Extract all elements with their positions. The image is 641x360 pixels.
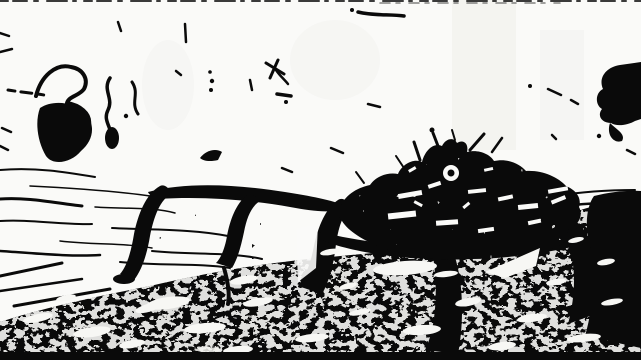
sky-speck: [277, 94, 291, 96]
sky-smudge: [452, 0, 516, 150]
sky-speck: [210, 79, 214, 83]
robot-foot: [113, 274, 135, 284]
right-rock-speck: [597, 134, 601, 138]
sky-speck: [284, 100, 288, 104]
sky-speck: [528, 84, 532, 88]
sky-smudge: [142, 40, 194, 130]
robot-photograph: High-contrast black-and-white photograph…: [0, 0, 641, 360]
photo-canvas: High-contrast black-and-white photograph…: [0, 0, 641, 360]
right-edge-rock-mass: [585, 191, 641, 348]
sky-smudge: [540, 30, 584, 140]
sky-speck: [350, 8, 354, 12]
robot-mast-tip: [430, 128, 435, 133]
sky-smudge: [290, 20, 380, 100]
boulder-shadow: [105, 127, 119, 149]
bottom-edge-band: [0, 352, 641, 360]
sky-speck: [185, 24, 186, 42]
sky-speck: [124, 114, 128, 118]
sky-speck: [208, 70, 212, 74]
sky-speck: [209, 88, 213, 92]
